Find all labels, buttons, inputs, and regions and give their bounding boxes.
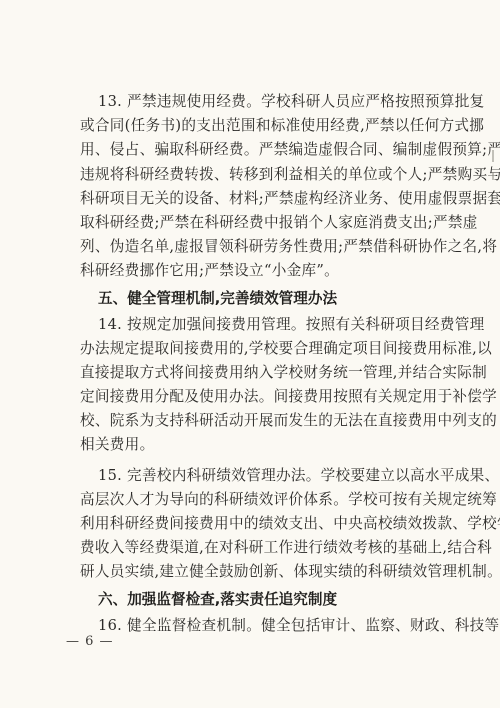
- text-line: 校、院系为支持科研活动开展而发生的无法在直接费用中列支的: [80, 409, 434, 433]
- text-line: 研人员实绩,建立健全鼓励创新、体现实绩的科研绩效管理机制。: [80, 560, 434, 584]
- text-line: 办法规定提取间接费用的,学校要合理确定项目间接费用标准,以: [80, 337, 434, 361]
- document-page: 13. 严禁违规使用经费。学校科研人员应严格按照预算批复 或合同(任务书)的支出…: [0, 0, 500, 708]
- scan-edge-mark: [492, 172, 494, 180]
- text-line: 列、伪造名单,虚报冒领科研劳务性费用;严禁借科研协作之名,将: [80, 235, 434, 259]
- paragraph-15: 15. 完善校内科研绩效管理办法。学校要建立以高水平成果、 高层次人才为导向的科…: [80, 464, 434, 585]
- text-line: 科研项目无关的设备、材料;严禁虚构经济业务、使用虚假票据套: [80, 187, 434, 211]
- paragraph-14: 14. 按规定加强间接费用管理。按照有关科研项目经费管理 办法规定提取间接费用的…: [80, 313, 434, 458]
- section-heading-5: 五、健全管理机制,完善绩效管理办法: [80, 286, 434, 312]
- text-line: 或合同(任务书)的支出范围和标准使用经费,严禁以任何方式挪: [80, 114, 434, 138]
- text-line: 定间接费用分配及使用办法。间接费用按照有关规定用于补偿学: [80, 385, 434, 409]
- text-line: 16. 健全监督检查机制。健全包括审计、监察、财政、科技等部: [80, 614, 434, 638]
- text-line: 相关费用。: [80, 433, 434, 457]
- text-line: 费收入等经费渠道,在对科研工作进行绩效考核的基础上,结合科: [80, 536, 434, 560]
- text-line: 高层次人才为导向的科研绩效评价体系。学校可按有关规定统筹: [80, 488, 434, 512]
- text-line: 违规将科研经费转拨、转移到利益相关的单位或个人;严禁购买与: [80, 163, 434, 187]
- text-line: 直接提取方式将间接费用纳入学校财务统一管理,并结合实际制: [80, 361, 434, 385]
- text-line: 取科研经费;严禁在科研经费中报销个人家庭消费支出;严禁虚: [80, 211, 434, 235]
- paragraph-13: 13. 严禁违规使用经费。学校科研人员应严格按照预算批复 或合同(任务书)的支出…: [80, 90, 434, 284]
- section-heading-6: 六、加强监督检查,落实责任追究制度: [80, 587, 434, 613]
- text-line: 用、侵占、骗取科研经费。严禁编造虚假合同、编制虚假预算;严禁: [80, 138, 434, 162]
- text-line: 科研经费挪作它用;严禁设立“小金库”。: [80, 259, 434, 283]
- scan-edge-mark: [492, 150, 494, 162]
- text-line: 14. 按规定加强间接费用管理。按照有关科研项目经费管理: [80, 313, 434, 337]
- text-line: 利用科研经费间接费用中的绩效支出、中央高校绩效拨款、学校学: [80, 512, 434, 536]
- paragraph-16: 16. 健全监督检查机制。健全包括审计、监察、财政、科技等部: [80, 614, 434, 638]
- text-line: 15. 完善校内科研绩效管理办法。学校要建立以高水平成果、: [80, 464, 434, 488]
- document-body: 13. 严禁违规使用经费。学校科研人员应严格按照预算批复 或合同(任务书)的支出…: [80, 90, 434, 638]
- text-line: 13. 严禁违规使用经费。学校科研人员应严格按照预算批复: [80, 90, 434, 114]
- page-number: — 6 —: [66, 634, 114, 649]
